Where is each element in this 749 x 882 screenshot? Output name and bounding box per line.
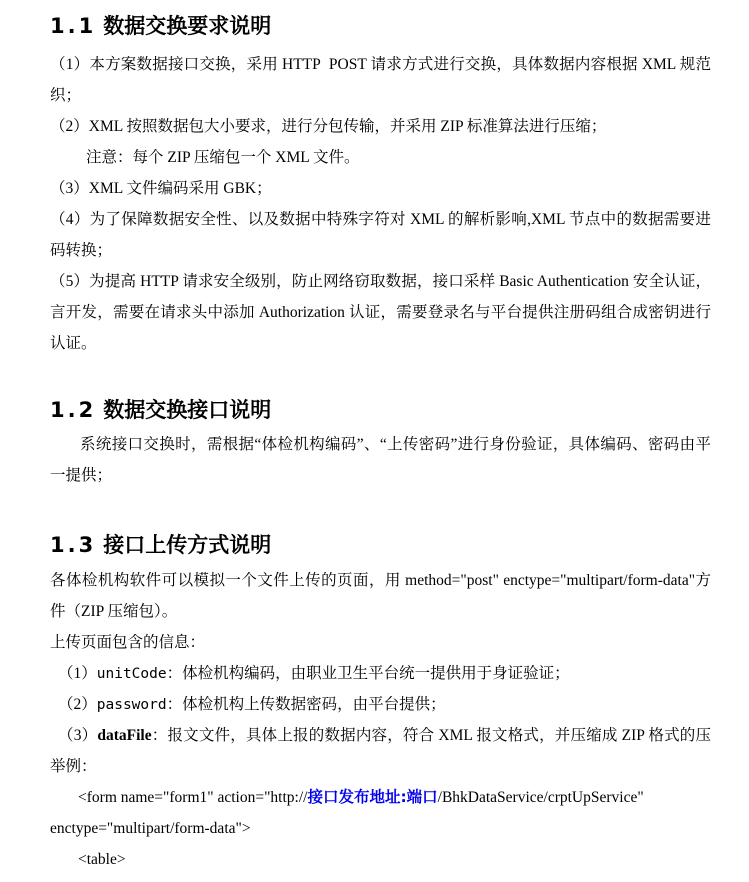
doc-line: 织； (50, 80, 711, 111)
list-item-marker: （3） (58, 727, 97, 744)
doc-line: 举例： (50, 751, 711, 782)
doc-line: （5）为提高 HTTP 请求安全级别，防止网络窃取数据，接口采样 Basic A… (50, 266, 711, 297)
doc-line: （1）unitCode：体检机构编码，由职业卫生平台统一提供用于身证验证； (50, 658, 711, 689)
section-heading-1-3: 1.3接口上传方式说明 (50, 531, 711, 560)
heading-number: 1.1 (50, 14, 96, 38)
doc-line: （2）password：体检机构上传数据密码，由平台提供； (50, 689, 711, 720)
endpoint-placeholder: 接口发布地址:端口 (307, 788, 437, 806)
doc-line: （4）为了保障数据安全性、以及数据中特殊字符对 XML 的解析影响,XML 节点… (50, 204, 711, 235)
section-heading-1-2: 1.2数据交换接口说明 (50, 396, 711, 425)
document-page: 1.1数据交换要求说明 （1）本方案数据接口交换，采用 HTTP POST 请求… (0, 0, 749, 882)
doc-line-form-code: <table> (50, 844, 711, 875)
heading-number: 1.2 (50, 398, 96, 422)
doc-line: 码转换； (50, 235, 711, 266)
list-item-text: ：体检机构编码，由职业卫生平台统一提供用于身证验证； (167, 665, 570, 682)
doc-line: 言开发，需要在请求头中添加 Authorization 认证，需要登录名与平台提… (50, 297, 711, 328)
inline-code-unitcode: unitCode (97, 666, 167, 682)
section-heading-1-1: 1.1数据交换要求说明 (50, 12, 711, 41)
doc-line: 认证。 (50, 328, 711, 359)
inline-term-datafile: dataFile (97, 727, 151, 744)
list-item-marker: （1） (58, 665, 97, 682)
doc-line-form-code: enctype="multipart/form-data"> (50, 813, 711, 844)
doc-line: 注意：每个 ZIP 压缩包一个 XML 文件。 (50, 142, 711, 173)
heading-number: 1.3 (50, 533, 96, 557)
doc-line: 上传页面包含的信息： (50, 627, 711, 658)
heading-title: 数据交换接口说明 (103, 398, 271, 422)
list-item-text: ：报文文件，具体上报的数据内容，符合 XML 报文格式，并压缩成 ZIP 格式的… (58, 727, 711, 751)
heading-title: 接口上传方式说明 (103, 533, 271, 557)
doc-line: 件（ZIP 压缩包）。 (50, 596, 711, 627)
doc-line: 一提供； (50, 460, 711, 491)
code-text: <form name="form1" action="http:// (78, 789, 307, 806)
doc-line: （2）XML 按照数据包大小要求，进行分包传输，并采用 ZIP 标准算法进行压缩… (50, 111, 711, 142)
doc-line: （1）本方案数据接口交换，采用 HTTP POST 请求方式进行交换，具体数据内… (50, 49, 711, 80)
doc-line: 各体检机构软件可以模拟一个文件上传的页面，用 method="post" enc… (50, 565, 711, 596)
list-item-marker: （2） (58, 696, 97, 713)
doc-line: （3）dataFile：报文文件，具体上报的数据内容，符合 XML 报文格式，并… (50, 720, 711, 751)
doc-line: 系统接口交换时，需根据“体检机构编码”、“上传密码”进行身份验证，具体编码、密码… (50, 429, 711, 460)
document-content: 1.1数据交换要求说明 （1）本方案数据接口交换，采用 HTTP POST 请求… (0, 0, 749, 875)
doc-line-form-code: <form name="form1" action="http://接口发布地址… (50, 782, 711, 813)
heading-title: 数据交换要求说明 (103, 14, 271, 38)
inline-code-password: password (97, 697, 167, 713)
list-item-text: ：体检机构上传数据密码，由平台提供； (167, 696, 446, 713)
doc-line: （3）XML 文件编码采用 GBK； (50, 173, 711, 204)
